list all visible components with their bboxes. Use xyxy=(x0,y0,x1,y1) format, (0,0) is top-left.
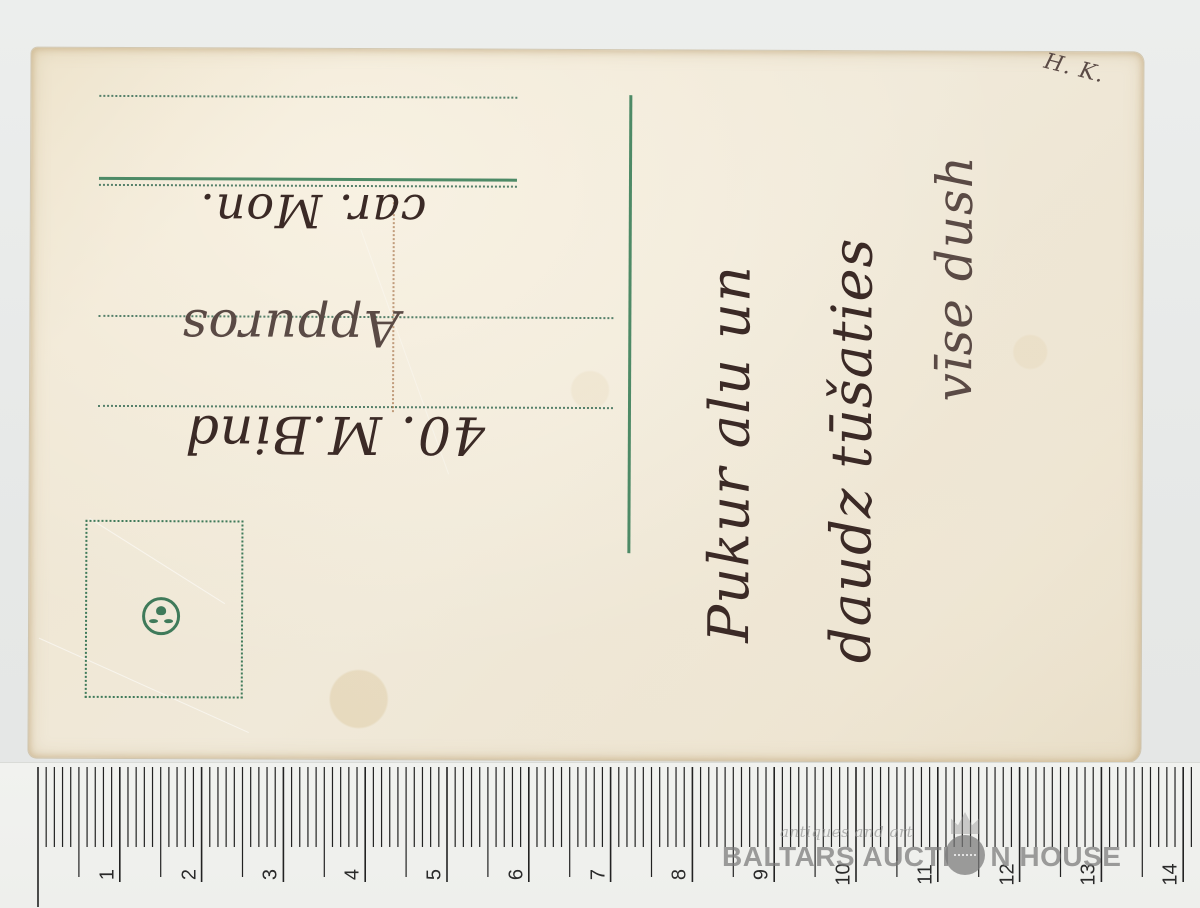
ruler-label: 1 xyxy=(96,860,119,890)
ruler-label: 5 xyxy=(424,860,447,890)
crown-emblem-icon xyxy=(142,597,180,635)
message-line-1: Pukur alu un xyxy=(697,265,764,643)
message-line-3: vīse dush xyxy=(925,155,984,402)
watermark-name: BALTARS AUCTIN HOUSE xyxy=(722,841,1121,873)
ruler-label: 7 xyxy=(587,860,610,890)
address-underline xyxy=(99,177,517,182)
address-line-text-3: 40. M.Bind xyxy=(60,403,610,465)
center-divider xyxy=(627,95,632,553)
ruler-label: 6 xyxy=(505,860,528,890)
postcard: car. Mon. Appuros 40. M.Bind Pukur alu u… xyxy=(28,48,1143,763)
measuring-ruler: 1234567891011121314 xyxy=(0,762,1200,908)
message-line-2: daudz tūšaties xyxy=(819,238,886,664)
ruler-label: 2 xyxy=(178,860,201,890)
ruler-label: 14 xyxy=(1160,860,1183,890)
address-line-text-1: car. Mon. xyxy=(123,183,503,239)
ruler-label: 8 xyxy=(669,860,692,890)
corner-note: H. K. xyxy=(1041,49,1107,88)
watermark-name-left: BALTARS AUCTI xyxy=(722,841,950,872)
ruler-label: 4 xyxy=(342,860,365,890)
watermark-ball-icon xyxy=(945,835,985,875)
address-line-1 xyxy=(99,95,517,99)
address-line-text-2: Appuros xyxy=(70,298,510,358)
ruler-label: 3 xyxy=(260,860,283,890)
watermark-tagline: antiques and art xyxy=(780,823,913,841)
watermark-name-right: N HOUSE xyxy=(990,841,1121,872)
